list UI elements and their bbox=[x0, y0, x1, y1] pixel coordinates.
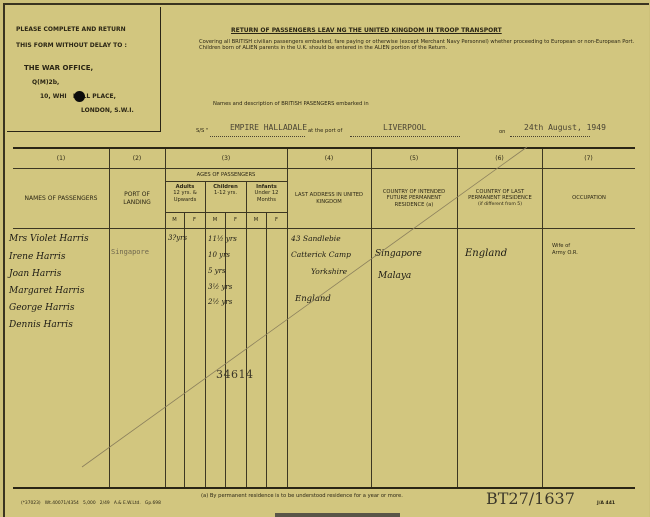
archive-reference: BT27/1637 bbox=[486, 489, 575, 508]
document-page: PLEASE COMPLETE AND RETURN THIS FORM WIT… bbox=[3, 3, 649, 517]
diagonal-cancel-line bbox=[5, 5, 649, 517]
footer-note: (a) By permanent residence is to be unde… bbox=[201, 493, 403, 499]
print-reference: (*37023) Wt.40071/4354 5,000 2/49 A.& E.… bbox=[21, 501, 161, 506]
viewer-scrollbar[interactable] bbox=[275, 513, 400, 517]
form-code: J/A 441 bbox=[597, 501, 615, 506]
